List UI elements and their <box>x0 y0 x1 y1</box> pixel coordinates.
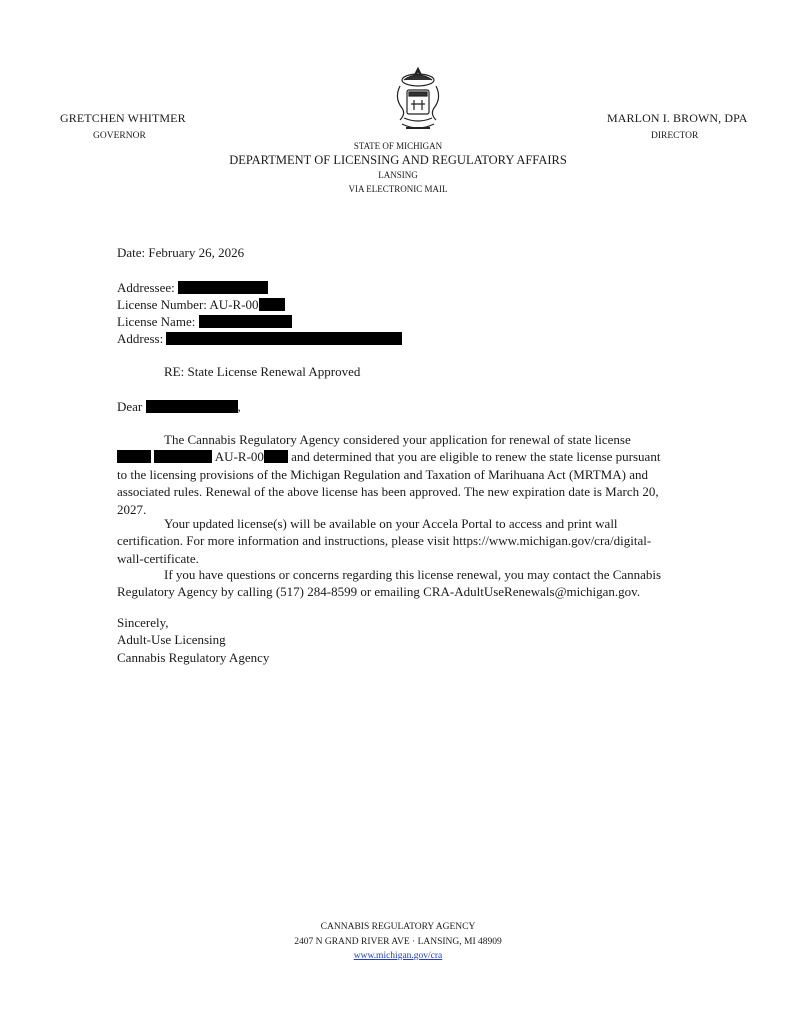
redaction-license-name <box>199 315 292 328</box>
address-line: Address: <box>117 330 402 347</box>
delivery-method: VIA ELECTRONIC MAIL <box>248 184 548 194</box>
city-line: LANSING <box>248 170 548 180</box>
state-line: STATE OF MICHIGAN <box>248 141 548 151</box>
salutation: Dear , <box>117 398 241 415</box>
paragraph-contact: If you have questions or concerns regard… <box>117 566 662 601</box>
closing-sincerely: Sincerely, <box>117 614 269 631</box>
license-name-line: License Name: <box>117 313 292 330</box>
subject-line: RE: State License Renewal Approved <box>164 363 360 380</box>
governor-title: GOVERNOR <box>93 131 146 141</box>
footer-link-container: www.michigan.gov/cra <box>248 951 548 961</box>
redaction-recipient <box>146 400 238 413</box>
redaction-license-number <box>259 298 285 311</box>
director-title: DIRECTOR <box>651 131 698 141</box>
footer-website-link[interactable]: www.michigan.gov/cra <box>354 951 443 961</box>
salutation-comma: , <box>238 399 241 414</box>
redaction-license-prefix <box>117 450 151 463</box>
redaction-address <box>166 332 402 345</box>
closing-agency: Cannabis Regulatory Agency <box>117 649 269 666</box>
department-name: DEPARTMENT OF LICENSING AND REGULATORY A… <box>198 153 598 168</box>
paragraph-renewal-approved: The Cannabis Regulatory Agency considere… <box>117 431 662 518</box>
addressee-line: Addressee: <box>117 279 268 296</box>
license-number-line: License Number: AU-R-00 <box>117 296 285 313</box>
address-label: Address: <box>117 331 163 346</box>
footer-address: 2407 N GRAND RIVER AVE · LANSING, MI 489… <box>248 937 548 947</box>
addressee-label: Addressee: <box>117 280 175 295</box>
redaction-addressee <box>178 281 268 294</box>
paragraph-wall-certificate: Your updated license(s) will be availabl… <box>117 515 662 567</box>
michigan-seal-icon <box>390 64 446 134</box>
closing-block: Sincerely, Adult-Use Licensing Cannabis … <box>117 614 269 666</box>
director-name: MARLON I. BROWN, DPA <box>607 111 748 126</box>
closing-unit: Adult-Use Licensing <box>117 631 269 648</box>
footer-agency: CANNABIS REGULATORY AGENCY <box>248 922 548 932</box>
redaction-license-holder <box>154 450 212 463</box>
letter-date: Date: February 26, 2026 <box>117 244 244 261</box>
license-number-label: License Number: AU-R-00 <box>117 297 259 312</box>
license-name-label: License Name: <box>117 314 195 329</box>
salutation-text: Dear <box>117 399 142 414</box>
governor-name: GRETCHEN WHITMER <box>60 111 186 126</box>
redaction-license-suffix <box>264 450 288 463</box>
